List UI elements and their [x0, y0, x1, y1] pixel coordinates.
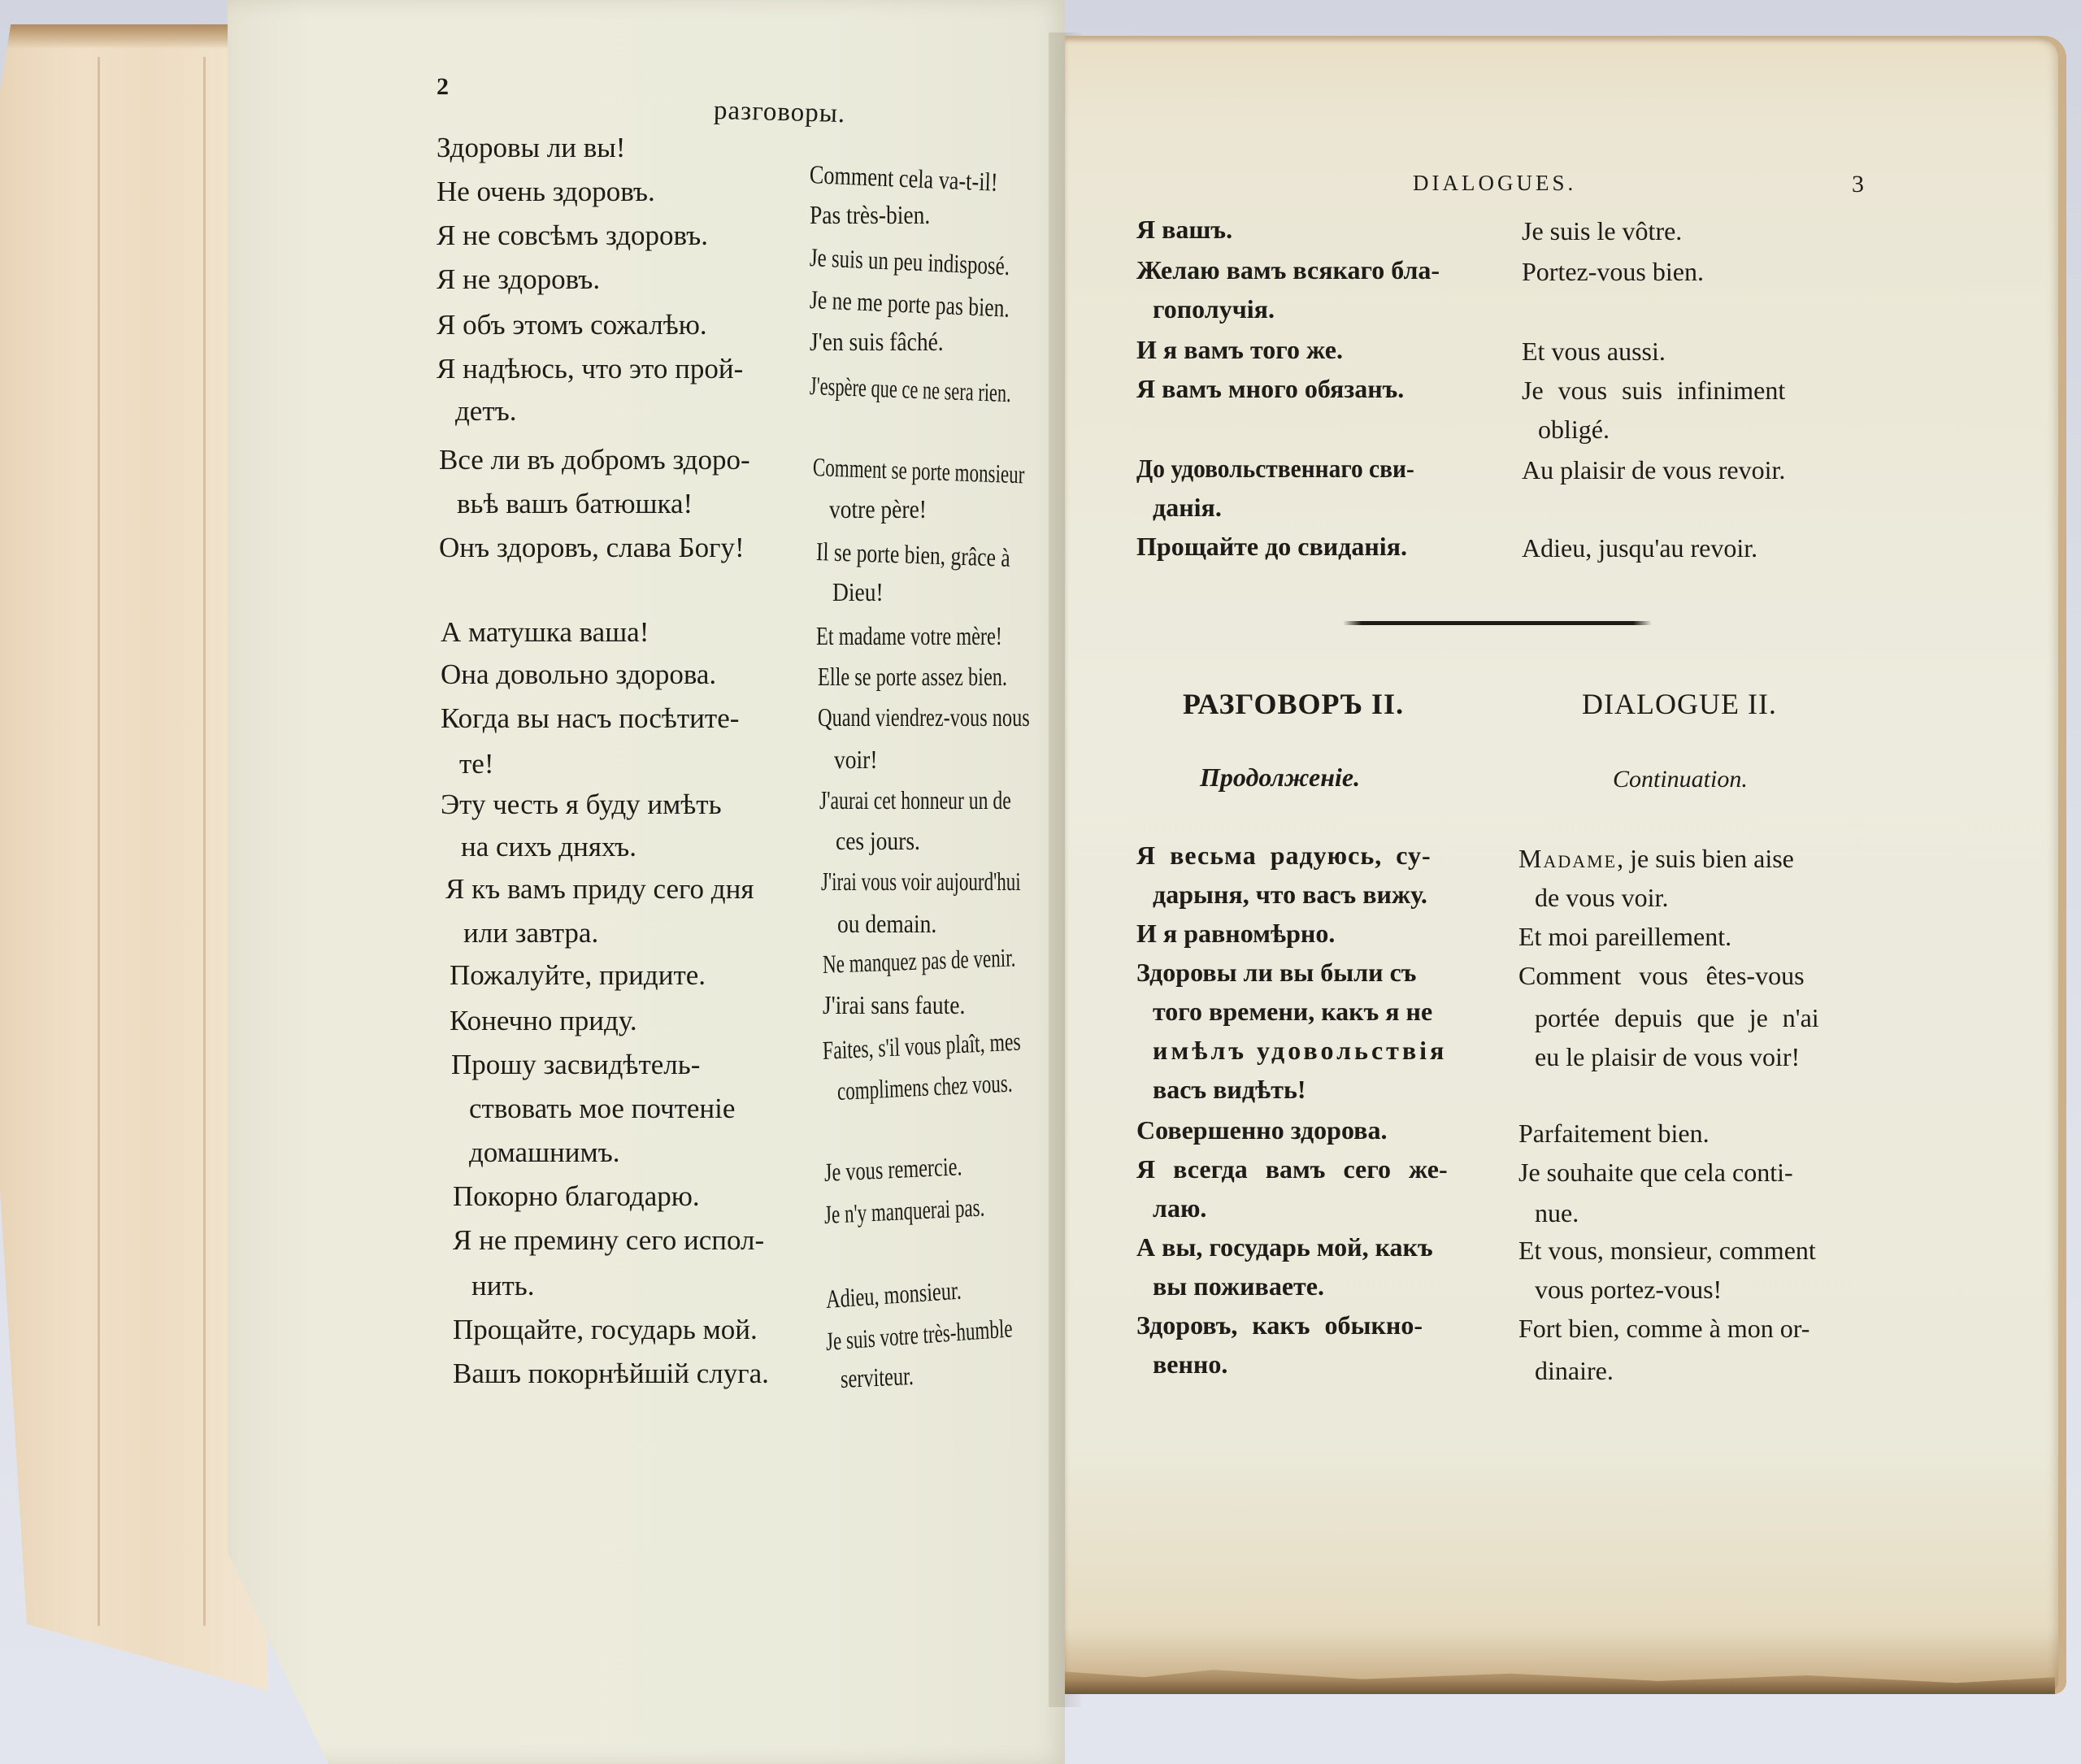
ru-line: И я вамъ того же. [1136, 337, 1343, 363]
fr-line: Ne manquez pas de venir. [823, 944, 1016, 977]
ru-line: Когда вы насъ посѣтите- [441, 704, 739, 732]
ru-line: венно. [1153, 1351, 1227, 1377]
ru-line: вы поживаете. [1153, 1273, 1324, 1299]
section-title-fr: DIALOGUE II. [1582, 689, 1777, 719]
running-head-left: разговоры. [714, 98, 846, 128]
running-head-right: DIALOGUES. [1413, 172, 1576, 194]
fr-line: Madame, je suis bien aise [1518, 845, 1794, 871]
section-subtitle-fr: Continuation. [1613, 767, 1748, 792]
fr-line: Je suis le vôtre. [1522, 218, 1682, 244]
ru-line: детъ. [455, 397, 517, 425]
ru-line: или завтра. [463, 919, 598, 947]
ru-line: Покорно благодарю. [453, 1182, 700, 1210]
ru-line: вьѣ вашъ батюшка! [457, 489, 693, 518]
fr-line: J'irai vous voir aujourd'hui [821, 868, 1021, 894]
fr-line: Parfaitement bien. [1518, 1120, 1710, 1146]
fr-line: obligé. [1538, 416, 1610, 442]
page-fold-line [203, 57, 206, 1626]
ru-line: имѣлъ удовольствія [1153, 1037, 1447, 1063]
ru-line: Я къ вамъ приду сего дня [445, 875, 754, 903]
ru-line: Я не здоровъ. [437, 265, 600, 293]
fr-line: ces jours. [836, 828, 920, 854]
fr-line: ou demain. [837, 910, 936, 936]
fr-line: portée depuis que je n'ai [1535, 1005, 1819, 1031]
ru-line: Она довольно здорова. [441, 660, 716, 689]
ru-line: Желаю вамъ всякаго бла- [1136, 257, 1440, 283]
ru-line: Все ли въ добромъ здоро- [439, 445, 750, 474]
fr-line: dinaire. [1535, 1358, 1614, 1384]
ru-line: Прощайте до свиданія. [1136, 533, 1407, 559]
fr-line: de vous voir. [1535, 884, 1668, 910]
ru-line: данія. [1153, 494, 1222, 520]
fr-line: Quand viendrez-vous nous [818, 704, 1030, 730]
ru-line: те! [459, 749, 494, 778]
ru-line: А матушка ваша! [441, 618, 649, 646]
fr-line: Et vous, monsieur, comment [1518, 1237, 1816, 1263]
ru-line: И я равномѣрно. [1136, 920, 1335, 946]
ru-line: васъ видѣть! [1153, 1076, 1306, 1102]
fr-line: Et madame votre mère! [816, 623, 1002, 649]
ru-line: Здоровъ, какъ обыкно- [1136, 1312, 1423, 1338]
section-subtitle-ru: Продолженіе. [1200, 764, 1360, 790]
ru-line: гополучія. [1153, 296, 1275, 322]
ru-line: Не очень здоровъ. [437, 177, 655, 206]
ru-line: Я вашъ. [1136, 216, 1232, 242]
ru-line: на сихъ дняхъ. [461, 832, 636, 861]
ru-line: Онъ здоровъ, слава Богу! [439, 533, 745, 562]
page-number-left: 2 [437, 75, 449, 99]
fr-line: Il se porte bien, grâce à [816, 538, 1010, 571]
fr-line: J'aurai cet honneur un de [819, 787, 1011, 813]
page-fold-line [98, 57, 100, 1626]
fr-line: Fort bien, comme à mon or- [1518, 1315, 1809, 1341]
ru-line: нить. [471, 1271, 534, 1300]
fr-line: J'en suis fâché. [810, 328, 944, 354]
fr-line-rest: , je suis bien aise [1617, 844, 1794, 873]
ru-line: Я всегда вамъ сего же- [1136, 1156, 1448, 1182]
ru-line: Я надѣюсь, что это прой- [437, 354, 743, 383]
fr-line: Pas très-bien. [810, 202, 930, 228]
fr-line: Dieu! [832, 579, 884, 605]
fr-line: Et moi pareillement. [1518, 923, 1731, 949]
ru-line: Конечно приду. [450, 1006, 637, 1035]
ru-line: Вашъ покорнѣйшій слуга. [453, 1359, 769, 1388]
fr-line: Adieu, jusqu'au revoir. [1522, 535, 1757, 561]
fr-line: vous portez-vous! [1535, 1276, 1722, 1302]
ru-line: Пожалуйте, придите. [450, 961, 706, 989]
fr-line: serviteur. [841, 1362, 915, 1392]
ru-line: домашнимъ. [469, 1138, 620, 1167]
ru-line: А вы, государь мой, какъ [1136, 1234, 1433, 1260]
ru-line: Я объ этомъ сожалѣю. [437, 311, 707, 339]
ru-line: Я весьма радуюсь, су- [1136, 842, 1432, 868]
fr-line: nue. [1535, 1200, 1579, 1226]
section-divider-rule [1343, 621, 1652, 625]
fr-line: Je vous suis infiniment [1522, 377, 1785, 403]
fr-line: Et vous aussi. [1522, 338, 1666, 364]
ru-line: Эту честь я буду имѣть [441, 790, 722, 819]
ru-line: Прошу засвидѣтель- [451, 1050, 700, 1079]
fr-line: Comment se porte monsieur [813, 454, 1025, 487]
ru-line: Я не совсѣмъ здоровъ. [437, 221, 708, 250]
ru-line: Здоровы ли вы были съ [1136, 959, 1416, 985]
fr-line: Je n'y manquerai pas. [824, 1193, 985, 1227]
fr-line: Elle se porte assez bien. [818, 663, 1007, 689]
fr-line: J'irai sans faute. [823, 992, 965, 1018]
fr-line: Comment vous êtes-vous [1518, 962, 1805, 988]
madame-small-caps: Madame [1518, 844, 1617, 873]
ru-line: Прощайте, государь мой. [453, 1315, 758, 1344]
section-title-ru: РАЗГОВОРЪ II. [1183, 689, 1404, 719]
ru-line: До удовольственнаго сви- [1136, 455, 1414, 481]
ru-line: лаю. [1153, 1195, 1206, 1221]
ru-line: Я не премину сего испол- [453, 1226, 764, 1254]
ru-line: ствовать мое почтеніе [469, 1094, 735, 1123]
page-number-right: 3 [1852, 172, 1864, 197]
ru-line: дарыня, что васъ вижу. [1153, 881, 1427, 907]
fr-line: Je souhaite que cela conti- [1518, 1159, 1793, 1185]
fr-line: eu le plaisir de vous voir! [1535, 1044, 1800, 1070]
ru-line: того времени, какъ я не [1153, 998, 1432, 1024]
fr-line: voir! [834, 746, 877, 772]
fr-line: J'espère que ce ne sera rien. [810, 372, 1011, 406]
ru-line: Я вамъ много обязанъ. [1136, 376, 1404, 402]
ru-line: Совершенно здорова. [1136, 1117, 1387, 1143]
fr-line: Au plaisir de vous revoir. [1522, 457, 1785, 483]
fr-line: votre père! [829, 496, 927, 522]
fr-line: Portez-vous bien. [1522, 259, 1704, 285]
fr-line: Je vous remercie. [824, 1153, 962, 1185]
ru-line: Здоровы ли вы! [437, 133, 625, 162]
